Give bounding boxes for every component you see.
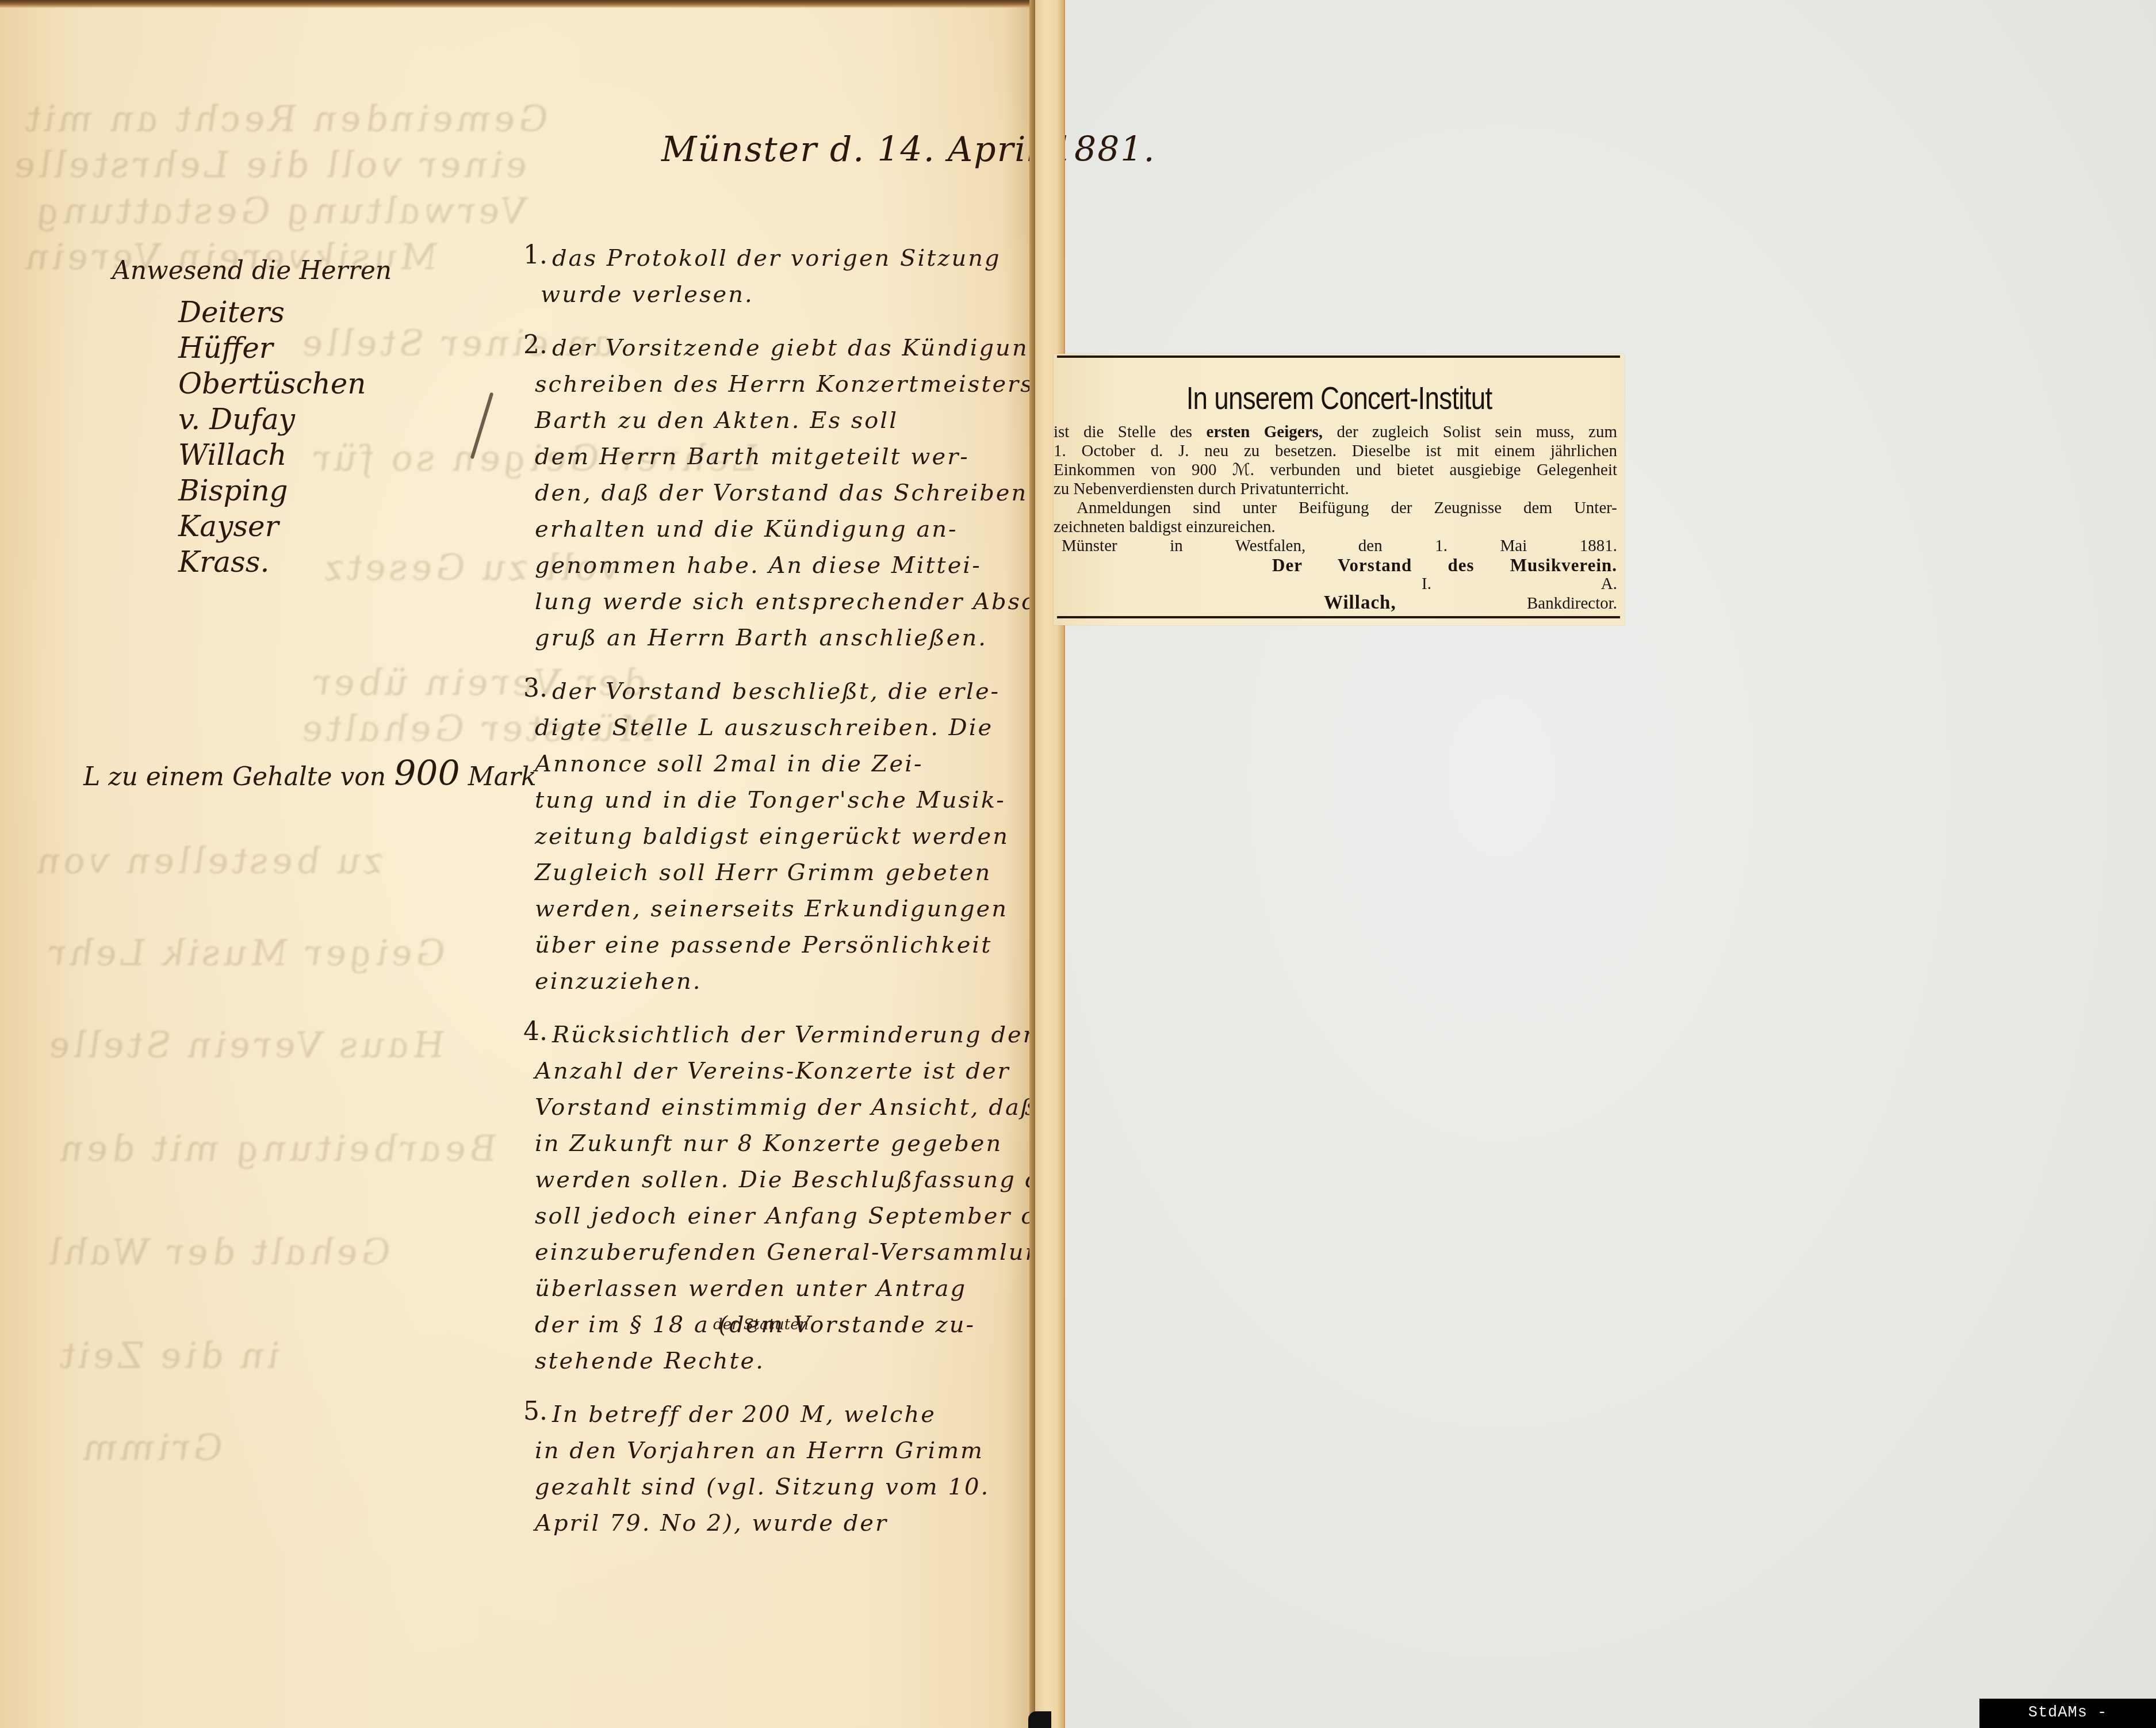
bleed-through-line: Bearbeitung mit den: [51, 1127, 503, 1169]
item-line: einzuziehen.: [523, 964, 1029, 1000]
item-number: 1.: [523, 240, 547, 270]
bleed-through-line: Grimm: [74, 1427, 229, 1469]
item-line: einzuberufenden General-Versammlung: [523, 1234, 1029, 1271]
item-line: in den Vorjahren an Herrn Grimm: [523, 1433, 1029, 1469]
bleed-through-line: in die Zeit: [51, 1335, 286, 1377]
bleed-through-line: Geiger Musik Lehr: [39, 932, 451, 974]
bleed-through-line: Haus Verein Stelle: [39, 1024, 451, 1066]
bleed-through-line: einer voll die Lehrstelle: [5, 144, 534, 186]
item-line: der Vorsitzende giebt das Kündigungs-: [523, 330, 1029, 366]
minutes-item-1: 1. das Protokoll der vorigen Sitzung wur…: [523, 240, 1029, 313]
item-line: stehende Rechte.: [523, 1343, 1029, 1379]
item-number: 5.: [523, 1397, 547, 1426]
item-line: wurde verlesen.: [523, 277, 1029, 313]
attendee-name: Bisping: [178, 473, 458, 509]
bleed-through-line: zu bestellen von: [28, 840, 390, 882]
clipping-signature: Willach, Bankdirector.: [1054, 594, 1617, 613]
book-spine-foot: [1028, 1711, 1051, 1728]
item-line: werden sollen. Die Beschlußfassung darüb…: [523, 1162, 1029, 1198]
item-line: Zugleich soll Herr Grimm gebeten: [523, 855, 1029, 891]
item-line: gruß an Herrn Barth anschließen.: [523, 620, 1029, 656]
interlinear-insertion: der Statuten: [713, 1316, 809, 1333]
clipping-title: In unserem Concert-Institut: [1105, 379, 1573, 416]
item-line: zeitung baldigst eingerückt werden: [523, 819, 1029, 855]
minutes-items: 1. das Protokoll der vorigen Sitzung wur…: [523, 240, 1029, 1559]
item-line: lung werde sich entsprechender Abschieds…: [523, 584, 1029, 620]
item-number: 2.: [523, 330, 547, 360]
attendee-name: Willach: [178, 437, 458, 473]
bleed-through-line: Gehalt der Wahl: [39, 1231, 397, 1273]
clipping-line: zeichneten baldigst einzureichen.: [1054, 518, 1617, 537]
item-line: April 79. No 2), wurde der: [523, 1505, 1029, 1542]
clipping-line: Anmeldungen sind unter Beifügung der Zeu…: [1054, 499, 1617, 518]
salary-note-prefix: L zu einem Gehalte von: [83, 762, 386, 792]
attendee-name: Krass.: [178, 544, 458, 580]
blank-facing-sheet: [1064, 0, 2156, 1728]
item-line: Anzahl der Vereins-Konzerte ist der: [523, 1053, 1029, 1089]
item-line: gezahlt sind (vgl. Sitzung vom 10.: [523, 1469, 1029, 1505]
item-line: Annonce soll 2mal in die Zei-: [523, 746, 1029, 782]
item-line: erhalten und die Kündigung an-: [523, 511, 1029, 548]
clipping-text: der zugleich Solist sein muss, zum: [1323, 423, 1617, 441]
minutes-item-4: 4. Rücksichtlich der Verminderung der An…: [523, 1017, 1029, 1379]
attendee-name: Deiters: [178, 295, 458, 330]
attendee-list-lead: Anwesend die Herren: [112, 256, 392, 285]
attendee-list: Anwesend die Herren Deiters Hüffer Obert…: [112, 256, 392, 580]
clipping-position-emphasis: ersten Geigers,: [1207, 423, 1323, 441]
manuscript-page: Gemeinden Recht an mit einer voll die Le…: [0, 0, 1035, 1728]
item-line: Vorstand einstimmig der Ansicht, daß: [523, 1089, 1029, 1126]
clipping-bottom-rule: [1057, 616, 1620, 618]
item-line: den, daß der Vorstand das Schreiben: [523, 475, 1029, 511]
item-line: soll jedoch einer Anfang September c.: [523, 1198, 1029, 1234]
item-line: digte Stelle L auszuschreiben. Die: [523, 710, 1029, 746]
clipping-body: ist die Stelle des ersten Geigers, der z…: [1054, 423, 1617, 613]
clipping-signatory: Willach,: [1324, 592, 1396, 613]
item-line: In betreff der 200 M, welche: [523, 1397, 1029, 1433]
item-line: Rücksichtlich der Verminderung der: [523, 1017, 1029, 1053]
item-line: schreiben des Herrn Konzertmeisters: [523, 366, 1029, 403]
item-line: werden, seinerseits Erkundigungen: [523, 891, 1029, 927]
item-line: in Zukunft nur 8 Konzerte gegeben: [523, 1126, 1029, 1162]
bleed-through-line: Gemeinden Recht an mit: [16, 98, 554, 140]
book-spine-strip: [1035, 0, 1065, 1728]
item-line: überlassen werden unter Antrag: [523, 1271, 1029, 1307]
clipping-line: ist die Stelle des ersten Geigers, der z…: [1054, 423, 1617, 442]
attendee-name: Obertüschen: [178, 366, 458, 402]
archive-reference-label: StdAMs - MV_003_142: [1979, 1699, 2156, 1728]
book-gutter: [1029, 0, 1035, 1728]
clipping-board: Der Vorstand des Musikverein.: [1054, 556, 1617, 575]
item-number: 3.: [523, 674, 547, 703]
clipping-text: ist die Stelle des: [1054, 423, 1207, 441]
salary-note-amount: 900: [394, 754, 460, 794]
item-line: dem Herrn Barth mitgeteilt wer-: [523, 439, 1029, 475]
item-line: der Vorstand beschließt, die erle-: [523, 674, 1029, 710]
clipping-place-date: Münster in Westfalen, den 1. Mai 1881.: [1054, 537, 1617, 556]
minutes-item-2: 2. der Vorsitzende giebt das Kündigungs-…: [523, 330, 1029, 656]
attendee-name: Hüffer: [178, 330, 458, 366]
clipping-signatory-title: Bankdirector.: [1527, 594, 1617, 613]
item-line: genommen habe. An diese Mittei-: [523, 548, 1029, 584]
attendee-name: v. Dufay: [178, 402, 458, 437]
item-line: Barth zu den Akten. Es soll: [523, 403, 1029, 439]
newspaper-clipping: In unserem Concert-Institut ist die Stel…: [1054, 354, 1625, 625]
attendee-name: Kayser: [178, 509, 458, 544]
minutes-item-3: 3. der Vorstand beschließt, die erle- di…: [523, 674, 1029, 1000]
item-line: über eine passende Persönlichkeit: [523, 927, 1029, 964]
salary-margin-note: L zu einem Gehalte von 900 Mark: [83, 754, 537, 794]
item-line: tung und in die Tonger'sche Musik-: [523, 782, 1029, 819]
clipping-line: zu Nebenverdiensten durch Privatunterric…: [1054, 480, 1617, 499]
clipping-line: Einkommen von 900 ℳ. verbunden und biete…: [1054, 461, 1617, 480]
page-top-edge: [0, 0, 1035, 8]
clipping-top-rule: [1057, 355, 1620, 358]
minutes-date-heading: Münster d. 14. April 1881.: [661, 129, 1156, 170]
bleed-through-line: Verwaltung Gestattung: [28, 190, 533, 232]
clipping-line: 1. October d. J. neu zu besetzen. Diesel…: [1054, 442, 1617, 461]
item-number: 4.: [523, 1017, 547, 1046]
minutes-item-5: 5. In betreff der 200 M, welche in den V…: [523, 1397, 1029, 1542]
item-line: das Protokoll der vorigen Sitzung: [523, 240, 1029, 277]
clipping-on-behalf: I. A.: [1054, 575, 1617, 594]
